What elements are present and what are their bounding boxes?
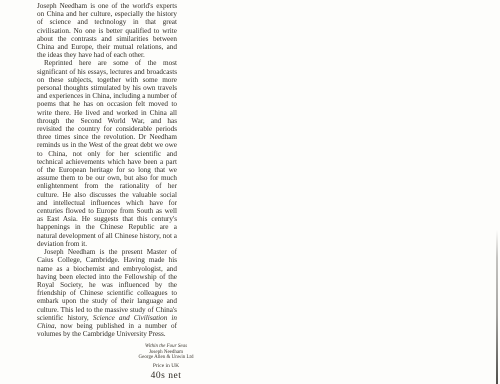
blurb-text: Reprinted here are some of the most sign… [37,59,177,247]
blurb-paragraph: Joseph Needham is one of the world's exp… [37,2,177,59]
blurb-text: Joseph Needham is the present Master of … [37,248,177,322]
blurb-text: Joseph Needham is one of the world's exp… [37,2,177,59]
price-label: Price in UK [106,363,226,369]
publisher-name: George Allen & Unwin Ltd [106,355,226,361]
imprint-block: Within the Four Seas Joseph Needham Geor… [106,344,226,381]
jacket-flap-blurb: Joseph Needham is one of the world's exp… [37,2,177,338]
jacket-fold-line [496,230,498,384]
price-value: 40s net [106,371,226,381]
blurb-paragraph: Reprinted here are some of the most sign… [37,59,177,248]
blurb-paragraph: Joseph Needham is the present Master of … [37,248,177,338]
blurb-text: , now being published in a number of vol… [37,322,177,338]
